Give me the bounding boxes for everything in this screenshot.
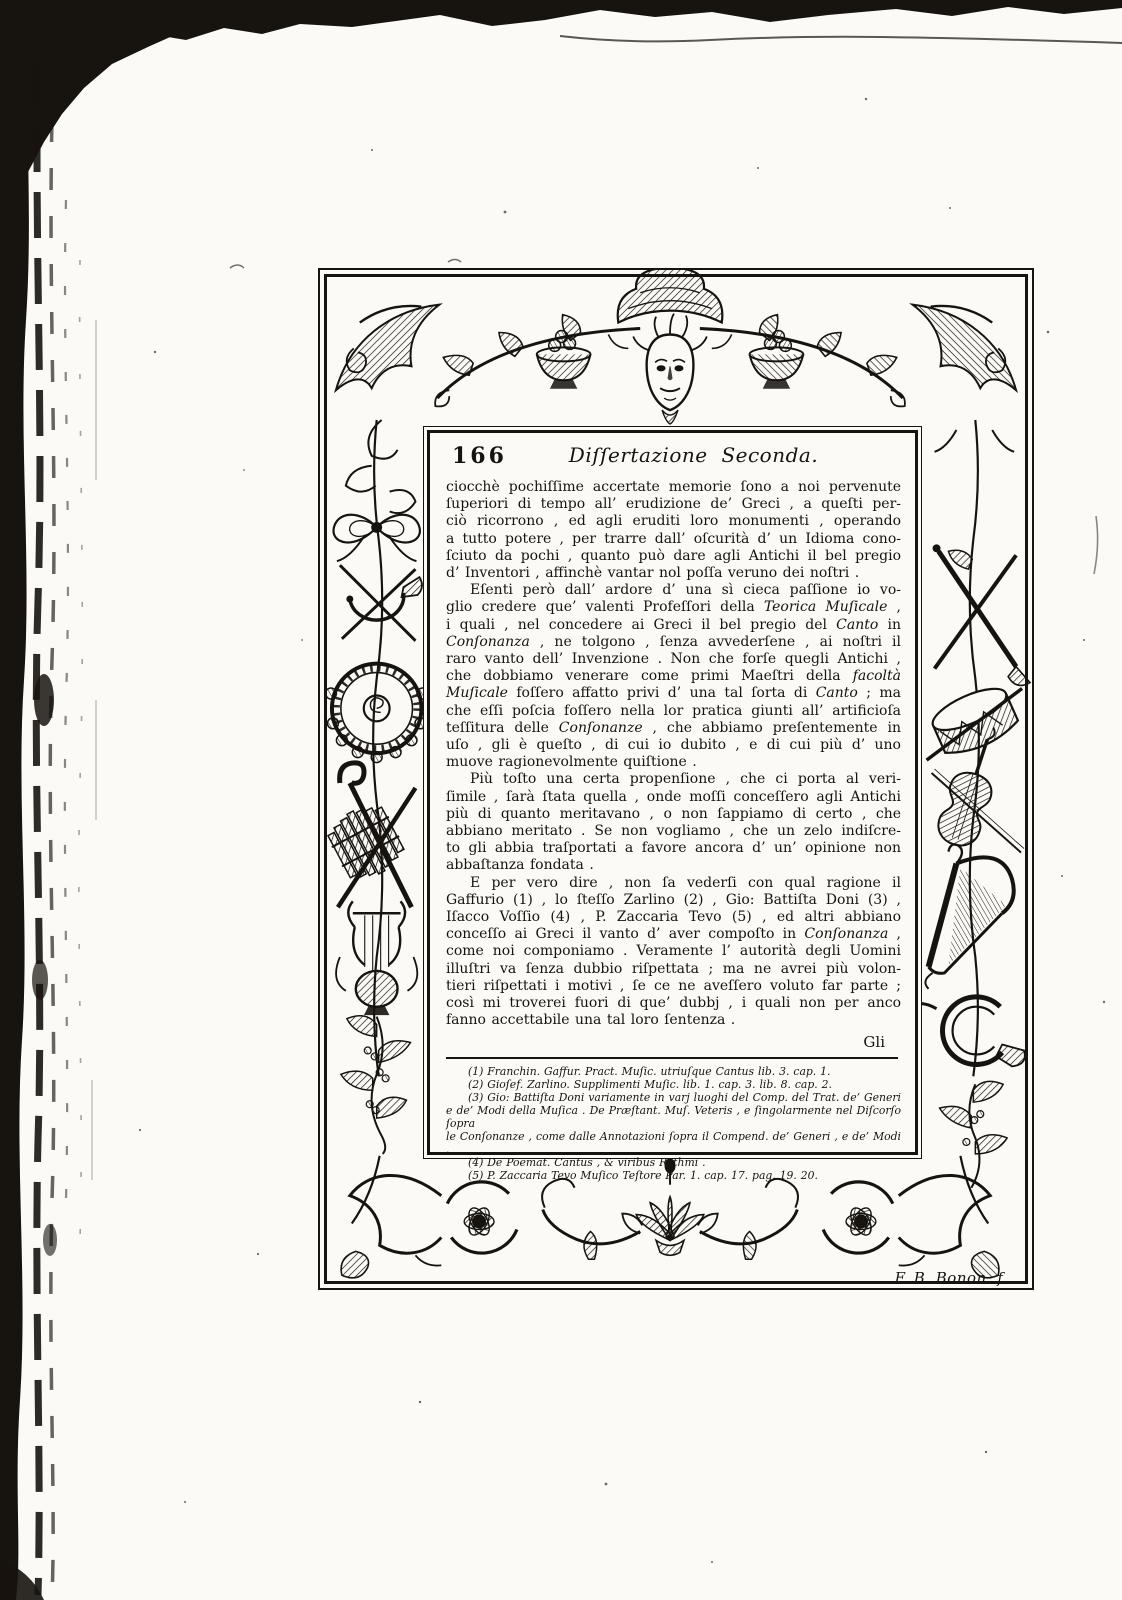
text-line: ſimile , ſarà ſtata quella , onde moſſi … [446, 789, 901, 806]
text-line: Muſicale foſſero affatto privi d’ una ta… [446, 685, 901, 702]
left-instrument-trophy [322, 420, 428, 1154]
text-line: ſuperiori di tempo all’ erudizione de’ G… [446, 496, 901, 513]
text-line: (4) De Poemat. Cantus , & viribus Rythmi… [446, 1156, 901, 1169]
scanned-book-page: 166 Diſſertazione Seconda. ciocchè pochi… [0, 0, 1122, 1600]
text-line: Eſenti però dall’ ardore d’ una sì cieca… [446, 582, 901, 599]
text-line: uſo , gli è queſto , di cui io dubito , … [446, 737, 901, 754]
right-instrument-trophy [911, 420, 1030, 1188]
footnote: (2) Gioſef. Zarlino. Supplimenti Muſic. … [446, 1078, 901, 1091]
body-text: ciocchè pochiſſime accertate memorie ſon… [446, 479, 901, 1030]
text-line: così mi troverei fuori di que’ dubbj , i… [446, 995, 901, 1012]
text-line: e de’ Modi della Muſica . De Præſtant. M… [446, 1104, 901, 1130]
text-line: Gaffurio (1) , lo ſteſſo Zarlino (2) , G… [446, 892, 901, 909]
text-line: ciò ricorrono , ed agli eruditi loro mon… [446, 513, 901, 530]
text-line: Più toſto una certa propenſione , che ci… [446, 771, 901, 788]
text-line: ciocchè pochiſſime accertate memorie ſon… [446, 479, 901, 496]
text-area: 166 Diſſertazione Seconda. ciocchè pochi… [427, 430, 918, 1155]
paragraph: E per vero dire , non ſa vederſi con qua… [446, 875, 901, 1030]
text-line: d’ Inventori , affinchè vantar nol poſſa… [446, 565, 901, 582]
text-line: che dobbiamo venerare come primi Maeſtri… [446, 668, 901, 685]
text-line: Conſonanza , ne tolgono , ſenza avvederſ… [446, 634, 901, 651]
fruit-bowl-right-icon [750, 331, 804, 389]
text-line: le Conſonanze , come dalle Annotazioni ſ… [446, 1130, 901, 1156]
footnote-rule [446, 1057, 898, 1059]
page-header: 166 Diſſertazione Seconda. [446, 443, 901, 474]
text-line: raro vanto dell’ Invenzione . Non che fo… [446, 651, 901, 668]
shell-crown-icon [618, 270, 723, 323]
text-line: illuſtri va ſenza dubbio riſpettata ; ma… [446, 961, 901, 978]
page-number: 166 [452, 443, 507, 469]
running-title: Diſſertazione Seconda. [446, 443, 901, 467]
text-line: come noi componiamo . Veramente l’ autor… [446, 943, 901, 960]
top-ornament-band [336, 270, 1016, 424]
paragraph: Eſenti però dall’ ardore d’ una sì cieca… [446, 582, 901, 771]
text-line: ſciuto da pochi , quanto può dare agli A… [446, 548, 901, 565]
trumpet-icon [933, 545, 1030, 686]
text-line: muove ragionevolmente quiſtione . [446, 754, 901, 771]
paragraph: ciocchè pochiſſime accertate memorie ſon… [446, 479, 901, 582]
text-line: più di quanto meritavano , o non ſappiam… [446, 806, 901, 823]
text-line: (3) Gio: Battiſta Doni variamente in var… [446, 1091, 901, 1104]
flower-vine-right-icon [940, 1081, 1008, 1187]
text-line: to gli abbia traſportati a favore ancora… [446, 840, 901, 857]
engraver-signature: .F. B. Bonon. f. [889, 1269, 1008, 1287]
flower-vine-left-icon [341, 1016, 411, 1154]
text-line: fanno accettabile una tal loro ſentenza … [446, 1012, 901, 1029]
text-line: i quali , nel concedere ai Greci il bel … [446, 617, 901, 634]
text-line: (2) Gioſef. Zarlino. Supplimenti Muſic. … [446, 1078, 901, 1091]
fruit-bowl-left-icon [537, 331, 591, 389]
corner-ink-blob [0, 0, 238, 214]
gutter-shadow [0, 0, 30, 1600]
text-line: Iſacco Voſſio (4) , P. Zaccaria Tevo (5)… [446, 909, 901, 926]
text-line: tieri riſpettati i motivi , ſe ce ne ave… [446, 978, 901, 995]
text-line: glio credere que’ valenti Profeſſori del… [446, 599, 901, 616]
text-line: abbiano meritato . Se non vogliamo , che… [446, 823, 901, 840]
mask-face-icon [633, 314, 707, 424]
text-line: E per vero dire , non ſa vederſi con qua… [446, 875, 901, 892]
catchword: Gli [446, 1033, 885, 1052]
pennant [948, 550, 972, 569]
text-line: abbaſtanza fondata . [446, 857, 901, 874]
text-line: (1) Franchin. Gaffur. Pract. Muſic. utri… [446, 1065, 901, 1078]
text-line: a tutto potere , per trarre dall’ oſcuri… [446, 531, 901, 548]
torn-top-edge [0, 0, 1122, 64]
footnote: (5) P. Zaccaria Tevo Muſico Teſtore Par.… [446, 1169, 901, 1182]
text-line: conceſſo ai Greci il vanto d’ aver compo… [446, 926, 901, 943]
text-line: che eſſi poſcia foſſero nella lor pratic… [446, 703, 901, 720]
footnote: (1) Franchin. Gaffur. Pract. Muſic. utri… [446, 1065, 901, 1078]
footnote: (4) De Poemat. Cantus , & viribus Rythmi… [446, 1156, 901, 1169]
footnotes: (1) Franchin. Gaffur. Pract. Muſic. utri… [446, 1065, 901, 1182]
palmette-icon [622, 1197, 717, 1256]
text-line: teſſitura delle Conſonanze , che abbiamo… [446, 720, 901, 737]
paragraph: Più toſto una certa propenſione , che ci… [446, 771, 901, 874]
engraved-border-plate: 166 Diſſertazione Seconda. ciocchè pochi… [318, 268, 1034, 1290]
footnote: (3) Gio: Battiſta Doni variamente in var… [446, 1091, 901, 1156]
text-frame: 166 Diſſertazione Seconda. ciocchè pochi… [423, 426, 922, 1159]
text-line: (5) P. Zaccaria Tevo Muſico Teſtore Par.… [446, 1169, 901, 1182]
french-horn-icon [911, 997, 1025, 1067]
